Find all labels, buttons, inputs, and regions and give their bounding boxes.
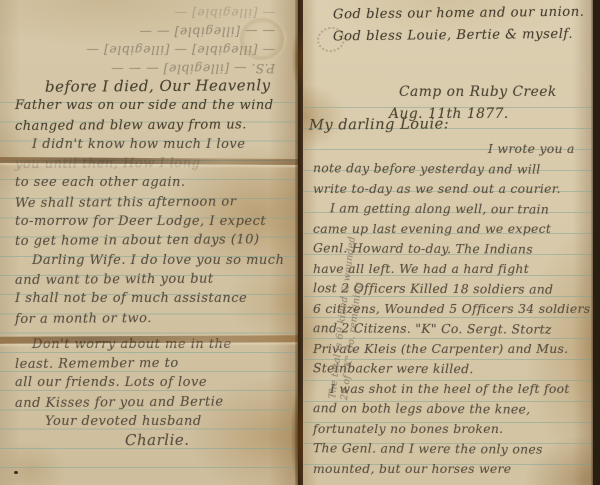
photo-background-edge <box>591 0 600 485</box>
handwriting-line: to-morrow for Deer Lodge, I expect <box>0 212 298 231</box>
left-page-body-text: before I died, Our HeavenlyFather was on… <box>0 77 298 451</box>
handwriting-line: note day before yesterday and will <box>303 158 593 180</box>
handwriting-line: changed and blew away from us. <box>0 115 298 136</box>
handwriting-line: I wrote you a <box>303 139 593 159</box>
handwriting-line: and on both legs above the knee, <box>303 398 593 420</box>
handwriting-line: I am getting along well, our train <box>303 198 593 220</box>
handwriting-line: I didn't know how much I love <box>0 135 298 154</box>
handwriting-line: and Kisses for you and Bertie <box>0 392 298 413</box>
handwriting-line: — — [illegible] — — <box>4 22 290 42</box>
handwriting-line: — [illegible] — [illegible] — <box>4 41 290 60</box>
handwriting-line: Father was on our side and the wind <box>0 96 298 115</box>
handwriting-line: to get home in about ten days (10) <box>0 230 298 251</box>
handwriting-line: The Genl. and I were the only ones <box>303 438 593 460</box>
handwriting-line: least. Remember me to <box>0 353 298 374</box>
inverted-postscript-note: P.S. — [illegible] — — —— [illegible] — … <box>4 0 290 78</box>
handwriting-line: to see each other again. <box>0 173 298 192</box>
handwriting-line: God bless our home and our union. <box>333 2 585 27</box>
handwriting-line: — [illegible] — <box>4 4 290 23</box>
handwriting-line: We shall start this afternoon or <box>0 192 298 213</box>
handwriting-line: Darling Wife. I do love you so much <box>0 251 298 270</box>
handwriting-line: Don't worry about me in the <box>0 335 298 354</box>
scanned-letter-photo: { "document": { "kind": "two-page handwr… <box>0 0 600 485</box>
handwriting-line: all our friends. Lots of love <box>0 373 298 392</box>
handwriting-line: fortunately no bones broken. <box>303 419 593 439</box>
handwriting-line: you until then, How I long <box>0 153 298 174</box>
handwriting-line: I shall not be of much assistance <box>0 289 298 308</box>
handwriting-line: and want to be with you but <box>0 269 298 290</box>
blessing-lines: God bless our home and our union.God ble… <box>333 3 584 47</box>
handwriting-line: for a month or two. <box>0 308 298 329</box>
letter-left-page: P.S. — [illegible] — — —— [illegible] — … <box>0 0 298 485</box>
handwriting-line: before I died, Our Heavenly <box>0 76 298 97</box>
handwriting-line: Your devoted husband <box>0 412 298 431</box>
letter-right-page: God bless our home and our union.God ble… <box>303 0 593 485</box>
handwriting-line: Camp on Ruby Creek <box>399 81 557 103</box>
handwriting-line: Charlie. <box>0 430 298 451</box>
ink-speck <box>14 471 18 474</box>
salutation: My darling Louie: <box>309 115 449 133</box>
handwriting-line: God bless Louie, Bertie & myself. <box>333 24 585 49</box>
handwriting-line: write to-day as we send out a courier. <box>303 179 593 199</box>
handwriting-line: mounted, but our horses were <box>303 459 593 479</box>
